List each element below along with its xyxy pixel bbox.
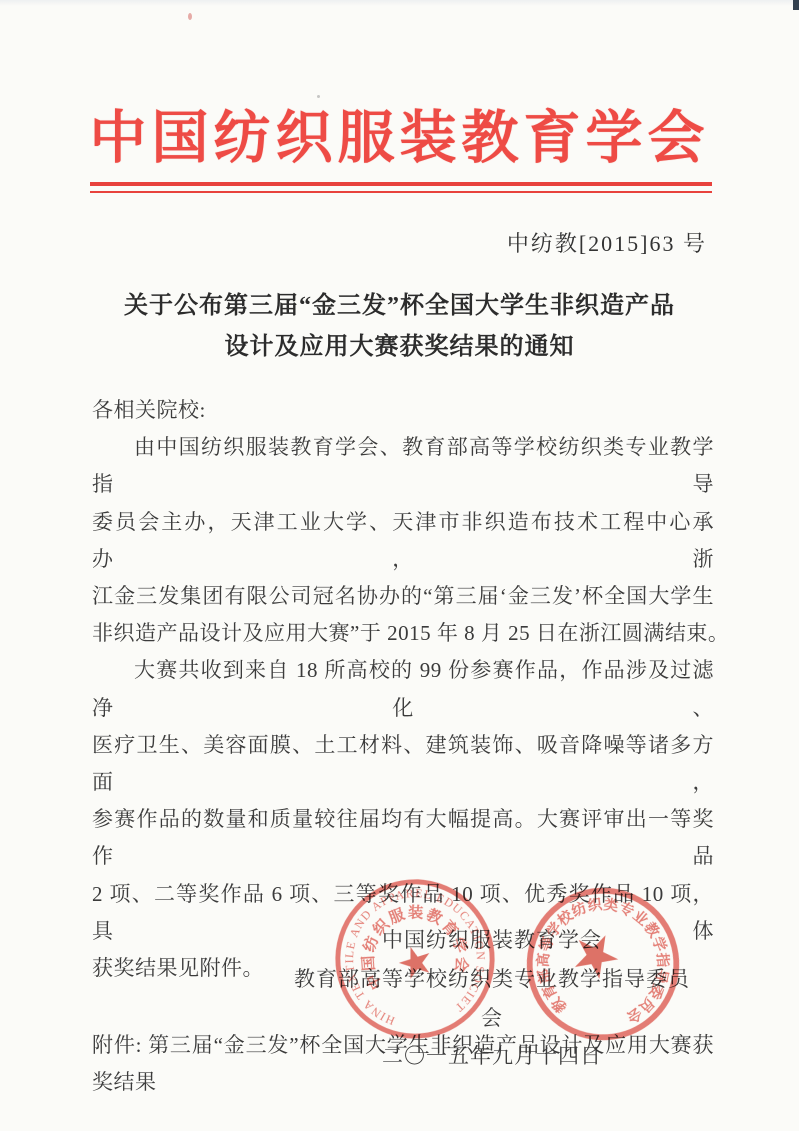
scan-speck [188, 13, 192, 20]
letterhead-rule-thick [90, 182, 712, 186]
scan-speck [317, 95, 320, 98]
salutation: 各相关院校: [92, 392, 714, 429]
text-line: 非织造产品设计及应用大赛”于 2015 年 8 月 25 日在浙江圆满结束。 [92, 615, 714, 652]
doc-number: 中纺教[2015]63 号 [507, 227, 707, 258]
star-icon [567, 926, 625, 983]
text-line: 委员会主办，天津工业大学、天津市非织造布技术工程中心承办，浙 [92, 504, 714, 578]
notice-title-line-2: 设计及应用大赛获奖结果的通知 [0, 327, 799, 368]
paragraph-1: 由中国纺织服装教育学会、教育部高等学校纺织类专业教学指导委员会主办，天津工业大学… [92, 429, 714, 652]
document-page: 中国纺织服装教育学会 中纺教[2015]63 号 关于公布第三届“金三发”杯全国… [0, 0, 799, 1131]
letterhead-rule-thin [90, 191, 712, 193]
letterhead-org-title: 中国纺织服装教育学会 [0, 92, 799, 174]
text-line: 大赛共收到来自 18 所高校的 99 份参赛作品，作品涉及过滤净化、 [92, 652, 714, 726]
official-seal-left: CHINA TEXTILE AND APPAREL EDUCATION SOCI… [312, 856, 518, 1062]
notice-title: 关于公布第三届“金三发”杯全国大学生非织造产品 设计及应用大赛获奖结果的通知 [0, 286, 799, 368]
notice-title-line-1: 关于公布第三届“金三发”杯全国大学生非织造产品 [0, 286, 799, 327]
text-line: 江金三发集团有限公司冠名协办的“第三届‘金三发’杯全国大学生 [92, 578, 714, 615]
text-line: 参赛作品的数量和质量较往届均有大幅提高。大赛评审出一等奖作品 [92, 801, 714, 875]
star-icon [395, 942, 435, 981]
scan-speck [793, 0, 799, 10]
official-seal-right: 教育部高等学校纺织类专业教学指导委员会 [510, 871, 695, 1056]
text-line: 医疗卫生、美容面膜、土工材料、建筑装饰、吸音降噪等诸多方面， [92, 727, 714, 801]
text-line: 由中国纺织服装教育学会、教育部高等学校纺织类专业教学指导 [92, 429, 714, 503]
